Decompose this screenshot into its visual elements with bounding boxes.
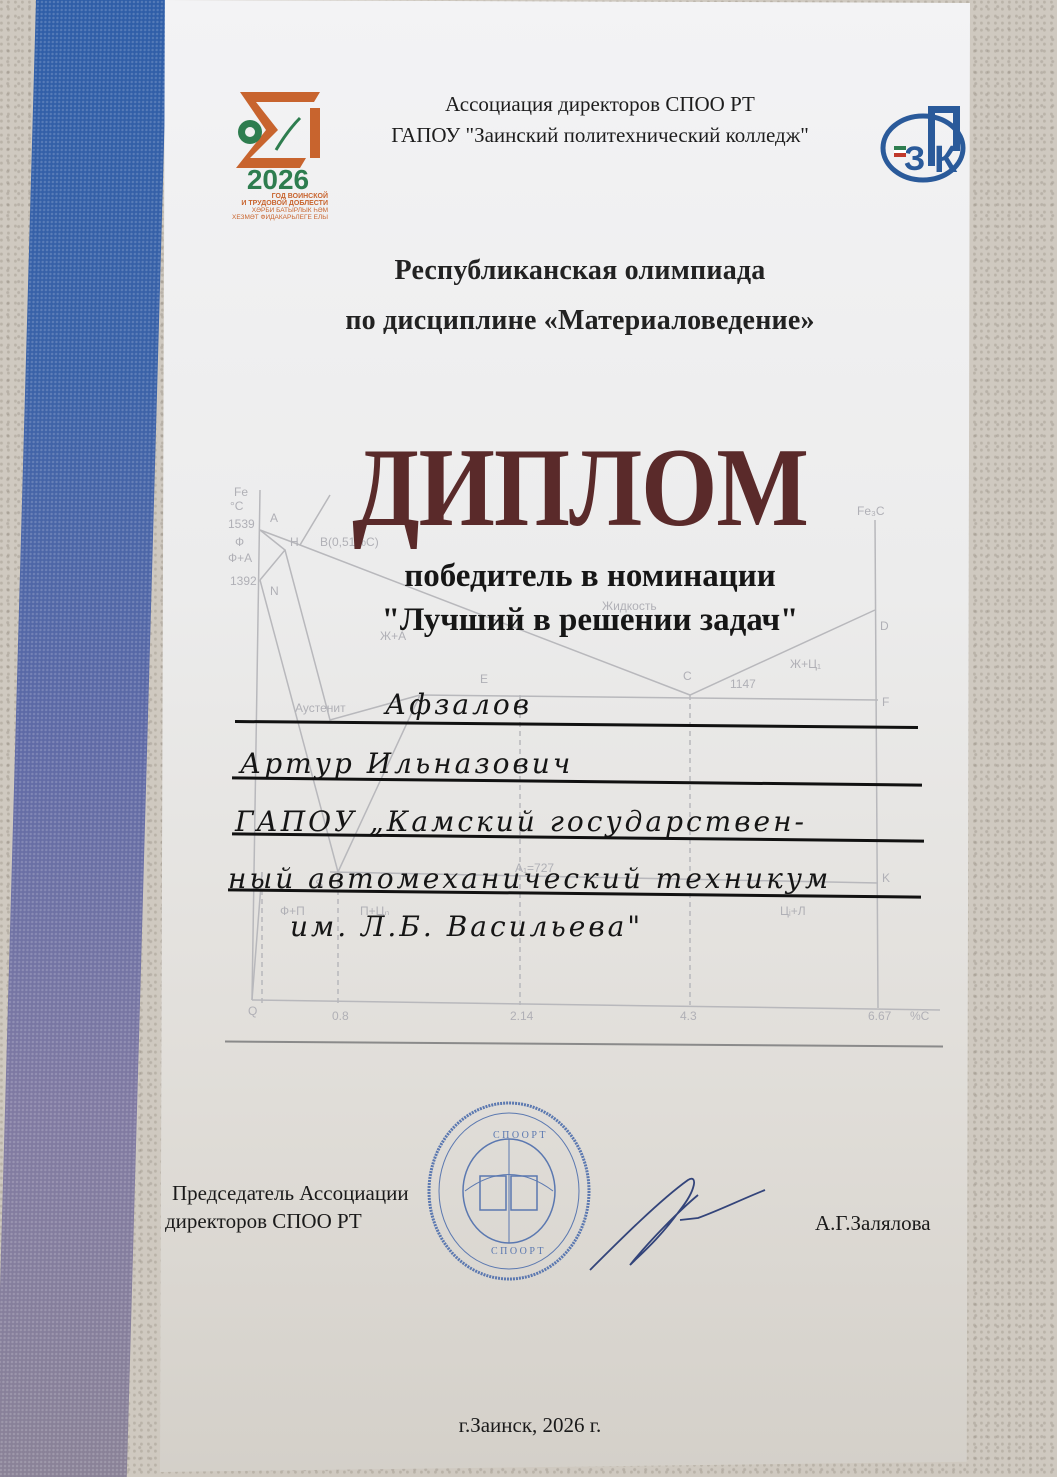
svg-text:Аустенит: Аустенит [295,701,346,715]
svg-text:A: A [270,511,278,525]
svg-text:E: E [480,672,488,686]
svg-text:С П О О Р Т: С П О О Р Т [493,1130,546,1141]
recipient-name-patronymic: Артур Ильназович [240,747,573,780]
svg-text:°C: °C [230,499,244,513]
svg-text:2.14: 2.14 [510,1009,534,1023]
college-emblem-icon: З К [878,98,973,188]
signer-name: А.Г.Залялова [815,1210,931,1236]
signer-position-line1: Председатель Ассоциации [172,1180,409,1206]
logo-caption-ru-1: ГОД ВОИНСКОЙ [228,193,328,200]
recipient-org-line3: им. Л.Б. Васильева" [290,910,643,943]
college-title: ГАПОУ "Заинский политехнический колледж" [330,123,870,148]
svg-text:Цᵢ+Л: Цᵢ+Л [780,904,806,918]
svg-text:С П О О Р Т: С П О О Р Т [491,1246,544,1257]
recipient-surname: Афзалов [385,688,532,721]
svg-text:4.3: 4.3 [680,1009,697,1023]
logo-caption-tt-2: ХЕЗМӘТ ФИДАКАРЬЛЕГЕ ЕЛЫ [228,214,328,221]
svg-text:1147: 1147 [730,677,756,691]
svg-text:6.67: 6.67 [868,1009,892,1023]
svg-text:H: H [290,535,299,549]
folder-cover-strip [0,0,168,1477]
svg-text:Fe₃C: Fe₃C [857,504,885,518]
handwritten-signature [570,1160,770,1280]
svg-text:Ф: Ф [235,535,244,549]
olympiad-title-line2: по дисциплине «Материаловедение» [200,305,960,337]
svg-text:0.8: 0.8 [332,1009,349,1023]
svg-text:З: З [904,140,925,178]
svg-text:Q: Q [248,1004,257,1018]
official-stamp-icon: С П О О Р Т С П О О Р Т [425,1098,593,1284]
svg-text:K: K [882,871,890,885]
svg-text:1539: 1539 [228,517,255,531]
svg-text:%C: %C [910,1009,930,1023]
nomination-label: победитель в номинации [230,558,950,595]
diploma-title: ДИПЛОМ [300,424,860,553]
year-2026-logo: 2026 ГОД ВОИНСКОЙ И ТРУДОВОЙ ДОБЛЕСТИ ХӘ… [228,90,328,210]
svg-text:Ж+Ц₁: Ж+Ц₁ [790,657,821,671]
star-gear-emblem-icon [228,90,328,168]
svg-text:Fe: Fe [234,485,248,499]
zpk-college-logo: З К [878,98,973,188]
svg-text:C: C [683,669,692,683]
place-and-date: г.Заинск, 2026 г. [380,1413,680,1438]
olympiad-title-line1: Республиканская олимпиада [200,255,960,287]
association-title: Ассоциация директоров СПОО РТ [330,92,870,117]
signer-position-line2: директоров СПОО РТ [165,1208,362,1234]
svg-text:К: К [934,139,958,181]
svg-text:F: F [882,695,889,709]
nomination-name: "Лучший в решении задач" [230,602,950,639]
logo-caption-ru-2: И ТРУДОВОЙ ДОБЛЕСТИ [228,200,328,207]
logo-caption-tt-1: ХӘРБИ БАТЫРЛЫК ҺӘМ [228,207,328,214]
logo-year: 2026 [228,167,328,193]
